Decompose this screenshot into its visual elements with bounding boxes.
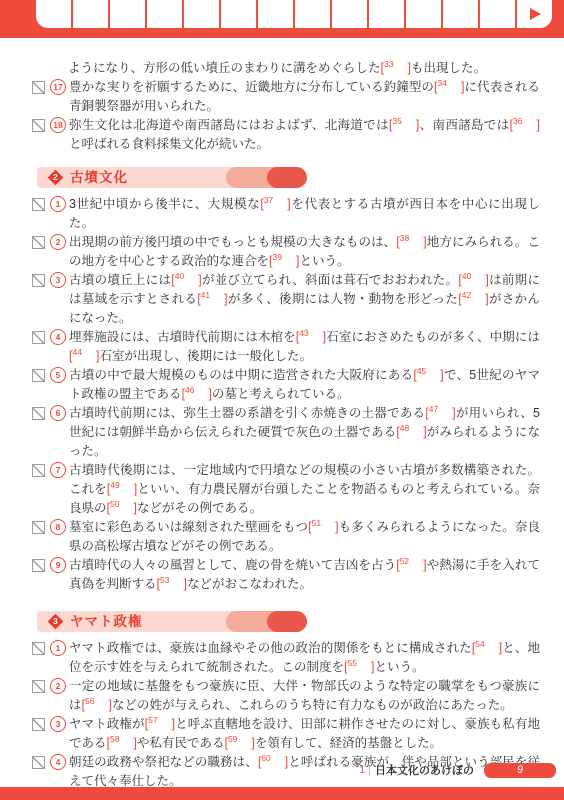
answer-blank-57: [57] — [145, 717, 175, 731]
item-text-block: 豊かな実りを祈願するために、近畿地方に分布している釣鐘型の[34]に代表される青… — [69, 78, 540, 116]
section-header-3: 3ヤマト政権 — [37, 611, 307, 632]
item-text-block: ヤマト政権が[57]と呼ぶ直轄地を設け、田部に耕作させたのに対し、豪族も私有地で… — [69, 715, 540, 753]
item-text: 3世紀中頃から後半に、大規模な — [69, 197, 260, 211]
answer-blank-35: [35] — [389, 118, 419, 132]
top-tab-band — [0, 0, 564, 38]
checkbox-icon[interactable] — [32, 331, 45, 344]
answer-blank-number: 41 — [201, 290, 210, 300]
answer-blank-47: [47] — [425, 406, 455, 420]
answer-blank-number: 55 — [348, 658, 357, 668]
question-item: 17豊かな実りを祈願するために、近畿地方に分布している釣鐘型の[34]に代表され… — [32, 78, 540, 116]
answer-blank-41: [41] — [197, 292, 227, 306]
answer-blank-number: 42 — [462, 290, 471, 300]
checkbox-icon[interactable] — [32, 521, 45, 534]
answer-blank-number: 51 — [312, 518, 321, 528]
item-number-badge: 6 — [50, 405, 66, 421]
question-item: 1ヤマト政権では、豪族は血縁やその他の政治的関係をもとに構成された[54]と、地… — [32, 639, 540, 677]
answer-blank-number: 53 — [160, 575, 169, 585]
question-item: 9古墳時代の人々の風習として、鹿の骨を焼いて吉凶を占う[52]や熱湯に手を入れて… — [32, 556, 540, 594]
footer: 1 日本文化のあけぼの 9 — [359, 762, 556, 778]
header-tab-cell — [517, 0, 552, 28]
header-tab-cell — [258, 0, 295, 28]
answer-blank-number: 45 — [417, 366, 426, 376]
checkbox-icon[interactable] — [32, 81, 45, 94]
question-item: 5古墳の中で最大規模のものは中期に造営された大阪府にある[45]で、5世紀のヤマ… — [32, 366, 540, 404]
item-text: 石室におさめたものが多く、中期には — [326, 330, 540, 344]
item-text-block: 弥生文化は北海道や南西諸島にはおよばず、北海道では[35]、南西諸島では[36]… — [69, 116, 540, 154]
answer-blank-number: 44 — [72, 347, 81, 357]
item-text: 朝廷の政務や祭祀などの職務は、 — [69, 755, 258, 769]
answer-blank-number: 48 — [400, 423, 409, 433]
section-title: 古墳文化 — [70, 168, 128, 187]
item-text: 弥生文化は北海道や南西諸島にはおよばず、北海道では — [69, 118, 389, 132]
checkbox-icon[interactable] — [32, 369, 45, 382]
answer-blank-60: [60] — [258, 755, 288, 769]
header-tab-cell — [332, 0, 369, 28]
item-text-block: 3世紀中頃から後半に、大規模な[37]を代表とする古墳が西日本を中心に出現した。 — [69, 195, 540, 233]
footer-divider — [369, 765, 370, 775]
header-tab-strip — [36, 0, 552, 28]
answer-blank-number: 40 — [175, 271, 184, 281]
header-tab-cell — [147, 0, 184, 28]
header-tab-cell — [110, 0, 147, 28]
header-tab-cell — [295, 0, 332, 28]
item-text-block: ヤマト政権では、豪族は血縁やその他の政治的関係をもとに構成された[54]と、地位… — [69, 639, 540, 677]
item-number-badge: 18 — [50, 117, 66, 133]
item-text: などがその例である。 — [137, 501, 262, 515]
item-text: 古墳の墳丘上には — [69, 273, 171, 287]
item-text-block: 出現期の前方後円墳の中でもっとも規模の大きなものは、[38]地方にみられる。この… — [69, 233, 540, 271]
answer-blank-53: [53] — [157, 577, 187, 591]
answer-blank-number: 52 — [400, 556, 409, 566]
item-text: と呼ばれる食料採集文化が続いた。 — [69, 137, 269, 151]
checkbox-icon[interactable] — [32, 559, 45, 572]
checkbox-icon[interactable] — [32, 407, 45, 420]
header-tab-cell — [443, 0, 480, 28]
answer-blank-55: [55] — [344, 660, 374, 674]
answer-blank-51: [51] — [308, 520, 338, 534]
bottom-accent-bar — [0, 787, 564, 800]
item-number-badge: 2 — [50, 234, 66, 250]
answer-blank-37: [37] — [260, 197, 290, 211]
header-tab-cell — [73, 0, 110, 28]
item-number-badge: 5 — [50, 367, 66, 383]
question-item: 2一定の地域に基盤をもつ豪族に臣、大伴・物部氏のような特定の職掌をもつ豪族には[… — [32, 677, 540, 715]
item-text: 墓室に彩色あるいは線刻された壁画をもつ — [69, 520, 308, 534]
checkbox-icon[interactable] — [32, 119, 45, 132]
answer-blank-33: [33] — [381, 61, 411, 75]
item-text-block: 一定の地域に基盤をもつ豪族に臣、大伴・物部氏のような特定の職掌をもつ豪族には[5… — [69, 677, 540, 715]
answer-blank-42: [42] — [458, 292, 488, 306]
item-text: や私有民である — [137, 736, 225, 750]
item-text: などがおこなわれた。 — [187, 577, 312, 591]
item-number-badge: 9 — [50, 557, 66, 573]
answer-blank-39: [39] — [269, 254, 299, 268]
item-text: ヤマト政権が — [69, 717, 145, 731]
answer-blank-44: [44] — [69, 349, 99, 363]
header-tab-cell — [221, 0, 258, 28]
answer-blank-34: [34] — [434, 80, 464, 94]
item-number-badge: 2 — [50, 678, 66, 694]
answer-blank-43: [43] — [296, 330, 326, 344]
item-text: 出現期の前方後円墳の中でもっとも規模の大きなものは、 — [69, 235, 396, 249]
section-number: 2 — [53, 168, 58, 187]
checkbox-icon[interactable] — [32, 642, 45, 655]
answer-blank-50: [50] — [107, 501, 137, 515]
answer-blank-number: 59 — [228, 734, 237, 744]
footer-chapter-number: 1 — [359, 765, 365, 776]
item-text: の墓と考えられている。 — [212, 387, 350, 401]
item-number-badge: 1 — [50, 640, 66, 656]
answer-blank-number: 58 — [110, 734, 119, 744]
header-tab-cell — [184, 0, 221, 28]
answer-blank-number: 56 — [85, 696, 94, 706]
answer-blank-number: 33 — [384, 59, 393, 69]
item-text: が多く、後期には人物・動物を形どった — [228, 292, 459, 306]
intro-items: 17豊かな実りを祈願するために、近畿地方に分布している釣鐘型の[34]に代表され… — [32, 78, 540, 154]
answer-blank-46: [46] — [182, 387, 212, 401]
item-number-badge: 4 — [50, 329, 66, 345]
answer-blank-number: 35 — [392, 116, 401, 126]
item-text: などの姓が与えられ、これらのうち特に有力なものが政治にあたった。 — [112, 698, 513, 712]
header-tab-cell — [369, 0, 406, 28]
question-item: 8墓室に彩色あるいは線刻された壁画をもつ[51]も多くみられるようになった。奈良… — [32, 518, 540, 556]
answer-blank-number: 34 — [438, 78, 447, 88]
checkbox-icon[interactable] — [32, 756, 45, 769]
answer-blank-59: [59] — [224, 736, 254, 750]
answer-blank-number: 57 — [148, 715, 157, 725]
answer-blank-52: [52] — [396, 558, 426, 572]
answer-blank-40: [40] — [171, 273, 201, 287]
item-number-badge: 4 — [50, 754, 66, 770]
answer-blank-number: 36 — [513, 116, 522, 126]
item-text: 、南西諸島では — [419, 118, 509, 132]
checkbox-icon[interactable] — [32, 680, 45, 693]
item-text: が並び立てられ、斜面は葺石でおおわれた。 — [202, 273, 459, 287]
answer-blank-number: 46 — [185, 385, 194, 395]
section-number-diamond-icon: 3 — [48, 614, 64, 630]
question-item: 18弥生文化は北海道や南西諸島にはおよばず、北海道では[35]、南西諸島では[3… — [32, 116, 540, 154]
answer-blank-number: 38 — [400, 233, 409, 243]
item-text: ヤマト政権では、豪族は血縁やその他の政治的関係をもとに構成された — [69, 641, 472, 655]
item-number-badge: 3 — [50, 272, 66, 288]
answer-blank-number: 39 — [273, 252, 282, 262]
answer-blank-number: 47 — [429, 404, 438, 414]
flag-icon — [530, 8, 541, 20]
checkbox-icon[interactable] — [32, 198, 45, 211]
item-text-block: 墓室に彩色あるいは線刻された壁画をもつ[51]も多くみられるようになった。奈良県… — [69, 518, 540, 556]
intro-continuation-line: ようになり、方形の低い墳丘のまわりに溝をめぐらした[33]も出現した。 — [68, 59, 540, 78]
item-number-badge: 1 — [50, 196, 66, 212]
section-header-2: 2古墳文化 — [37, 167, 307, 188]
item-number-badge: 3 — [50, 716, 66, 732]
item-text: ようになり、方形の低い墳丘のまわりに溝をめぐらした — [68, 61, 381, 75]
answer-blank-number: 54 — [475, 639, 484, 649]
section-label: 2古墳文化 — [37, 167, 307, 188]
header-tab-cell — [480, 0, 517, 28]
answer-blank-number: 50 — [110, 499, 119, 509]
footer-chapter-title: 日本文化のあけぼの — [375, 762, 474, 778]
item-number-badge: 7 — [50, 462, 66, 478]
question-item: 6古墳時代前期には、弥生土器の系譜を引く赤焼きの土器である[47]が用いられ、5… — [32, 404, 540, 461]
item-text-block: 古墳時代の人々の風習として、鹿の骨を焼いて吉凶を占う[52]や熱湯に手を入れて真… — [69, 556, 540, 594]
answer-blank-54: [54] — [472, 641, 502, 655]
answer-blank-48: [48] — [396, 425, 426, 439]
item-text: 古墳の中で最大規模のものは中期に造営された大阪府にある — [69, 368, 413, 382]
item-text: という。 — [374, 660, 424, 674]
section-label: 3ヤマト政権 — [37, 611, 307, 632]
content-area: ようになり、方形の低い墳丘のまわりに溝をめぐらした[33]も出現した。 17豊か… — [0, 38, 564, 791]
checkbox-icon[interactable] — [32, 464, 45, 477]
section-number-diamond-icon: 2 — [48, 170, 64, 186]
answer-blank-number: 37 — [264, 195, 273, 205]
item-text-block: 埋葬施設には、古墳時代前期には木棺を[43]石室におさめたものが多く、中期には[… — [69, 328, 540, 366]
answer-blank-58: [58] — [107, 736, 137, 750]
item-text-block: 古墳の中で最大規模のものは中期に造営された大阪府にある[45]で、5世紀のヤマト… — [69, 366, 540, 404]
answer-blank-number: 40 — [462, 271, 471, 281]
checkbox-icon[interactable] — [32, 274, 45, 287]
answer-blank-38: [38] — [396, 235, 426, 249]
question-item: 7古墳時代後期には、一定地域内で円墳などの規模の小さい古墳が多数構築された。これ… — [32, 461, 540, 518]
answer-blank-49: [49] — [107, 482, 137, 496]
question-item: 13世紀中頃から後半に、大規模な[37]を代表とする古墳が西日本を中心に出現した… — [32, 195, 540, 233]
item-text: 石室が出現し、後期には一般化した。 — [99, 349, 312, 363]
answer-blank-56: [56] — [82, 698, 112, 712]
answer-blank-40: [40] — [458, 273, 488, 287]
item-text: 古墳時代の人々の風習として、鹿の骨を焼いて吉凶を占う — [69, 558, 396, 572]
question-item: 3ヤマト政権が[57]と呼ぶ直轄地を設け、田部に耕作させたのに対し、豪族も私有地… — [32, 715, 540, 753]
answer-blank-36: [36] — [510, 118, 540, 132]
item-text: 豊かな実りを祈願するために、近畿地方に分布している釣鐘型の — [69, 80, 434, 94]
answer-blank-number: 60 — [261, 753, 270, 763]
item-text-block: 古墳時代後期には、一定地域内で円墳などの規模の小さい古墳が多数構築された。これを… — [69, 461, 540, 518]
header-tab-cell — [36, 0, 73, 28]
item-text: 古墳時代前期には、弥生土器の系譜を引く赤焼きの土器である — [69, 406, 425, 420]
item-text-block: 古墳の墳丘上には[40]が並び立てられ、斜面は葺石でおおわれた。[40]は前期に… — [69, 271, 540, 328]
sections: 2古墳文化13世紀中頃から後半に、大規模な[37]を代表とする古墳が西日本を中心… — [32, 167, 540, 791]
answer-blank-45: [45] — [413, 368, 443, 382]
question-item: 2出現期の前方後円墳の中でもっとも規模の大きなものは、[38]地方にみられる。こ… — [32, 233, 540, 271]
section-title: ヤマト政権 — [70, 612, 143, 631]
item-number-badge: 17 — [50, 79, 66, 95]
item-number-badge: 8 — [50, 519, 66, 535]
item-text-block: 古墳時代前期には、弥生土器の系譜を引く赤焼きの土器である[47]が用いられ、5世… — [69, 404, 540, 461]
answer-blank-number: 49 — [110, 480, 119, 490]
header-tab-cell — [406, 0, 443, 28]
item-text: という。 — [299, 254, 349, 268]
item-text: も出現した。 — [411, 61, 486, 75]
page-number-badge: 9 — [484, 763, 556, 778]
question-item: 3古墳の墳丘上には[40]が並び立てられ、斜面は葺石でおおわれた。[40]は前期… — [32, 271, 540, 328]
section-number: 3 — [53, 612, 58, 631]
question-item: 4埋葬施設には、古墳時代前期には木棺を[43]石室におさめたものが多く、中期には… — [32, 328, 540, 366]
checkbox-icon[interactable] — [32, 236, 45, 249]
checkbox-icon[interactable] — [32, 718, 45, 731]
item-text: 埋葬施設には、古墳時代前期には木棺を — [69, 330, 296, 344]
answer-blank-number: 43 — [299, 328, 308, 338]
item-text: を領有して、経済的基盤とした。 — [255, 736, 442, 750]
